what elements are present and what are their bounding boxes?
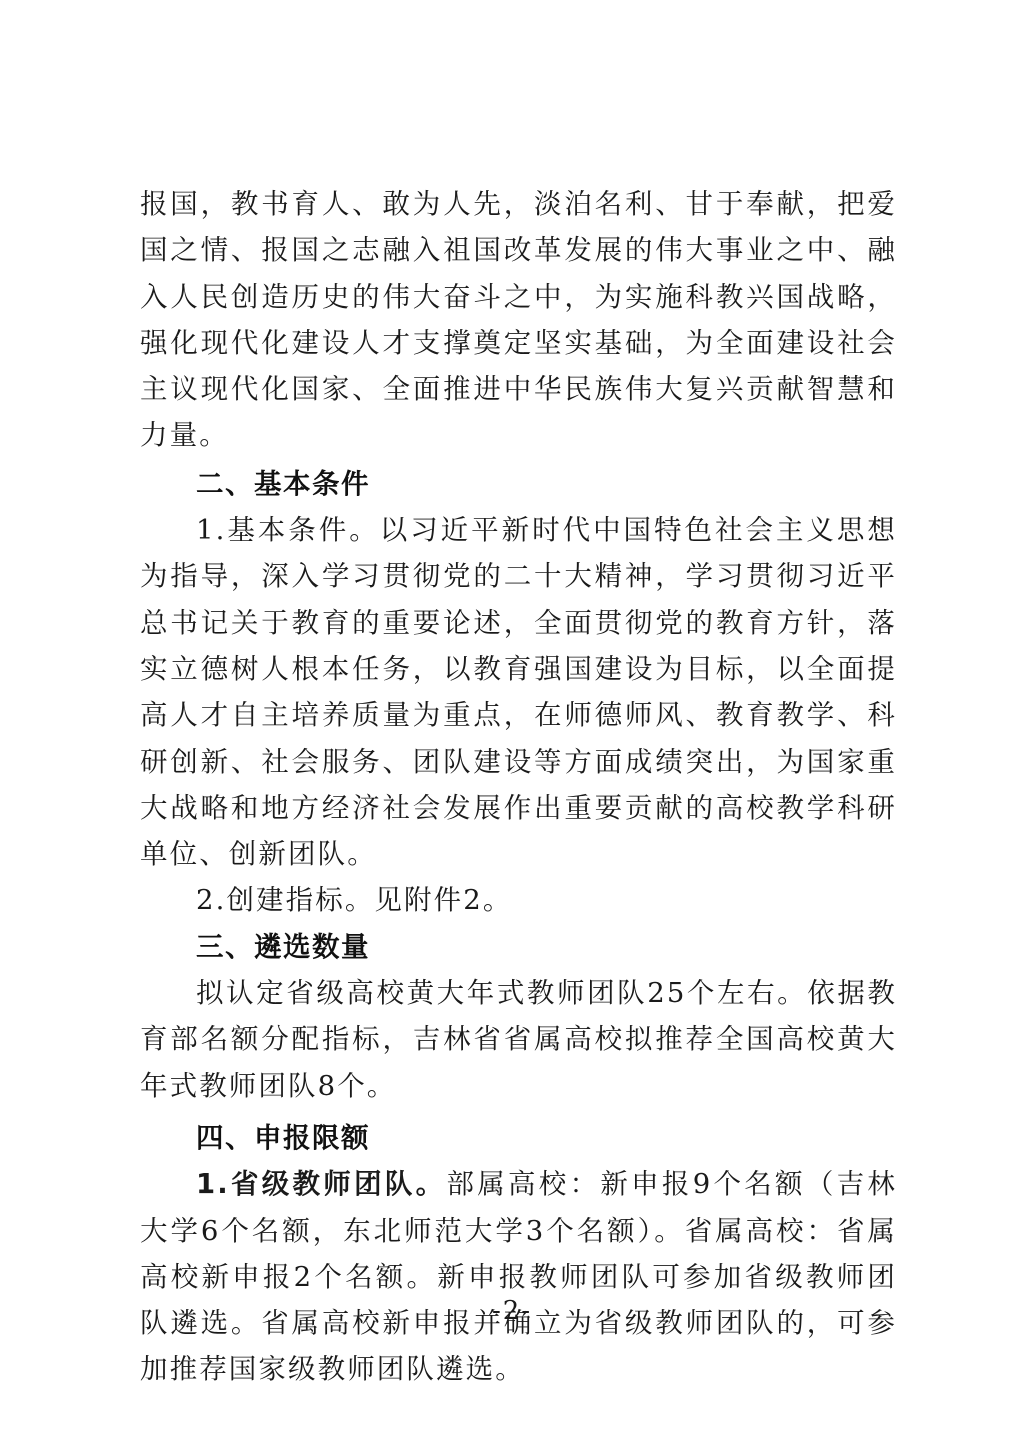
page-number: -2- [0, 1293, 1024, 1329]
selection-quantity-paragraph: 拟认定省级高校黄大年式教师团队25个左右。依据教育部名额分配指标，吉林省省属高校… [140, 970, 897, 1109]
provincial-team-quota-text: 部属高校：新申报9个名额（吉林大学6个名额，东北师范大学3个名额）。省属高校：省… [140, 1168, 897, 1385]
provincial-team-quota-paragraph: 1.省级教师团队。部属高校：新申报9个名额（吉林大学6个名额，东北师范大学3个名… [140, 1161, 897, 1392]
creation-indicators-paragraph: 2.创建指标。见附件2。 [140, 877, 897, 923]
document-page-body: 报国，教书育人、敢为人先，淡泊名利、甘于奉献，把爱国之情、报国之志融入祖国改革发… [140, 181, 897, 1393]
section-heading-selection-quantity: 三、遴选数量 [140, 924, 897, 970]
intro-continued-paragraph: 报国，教书育人、敢为人先，淡泊名利、甘于奉献，把爱国之情、报国之志融入祖国改革发… [140, 181, 897, 459]
basic-conditions-paragraph: 1.基本条件。以习近平新时代中国特色社会主义思想为指导，深入学习贯彻党的二十大精… [140, 507, 897, 877]
section-heading-application-quota: 四、申报限额 [140, 1115, 897, 1161]
section-heading-basic-conditions: 二、基本条件 [140, 461, 897, 507]
provincial-team-lead-label: 1.省级教师团队。 [196, 1168, 446, 1200]
